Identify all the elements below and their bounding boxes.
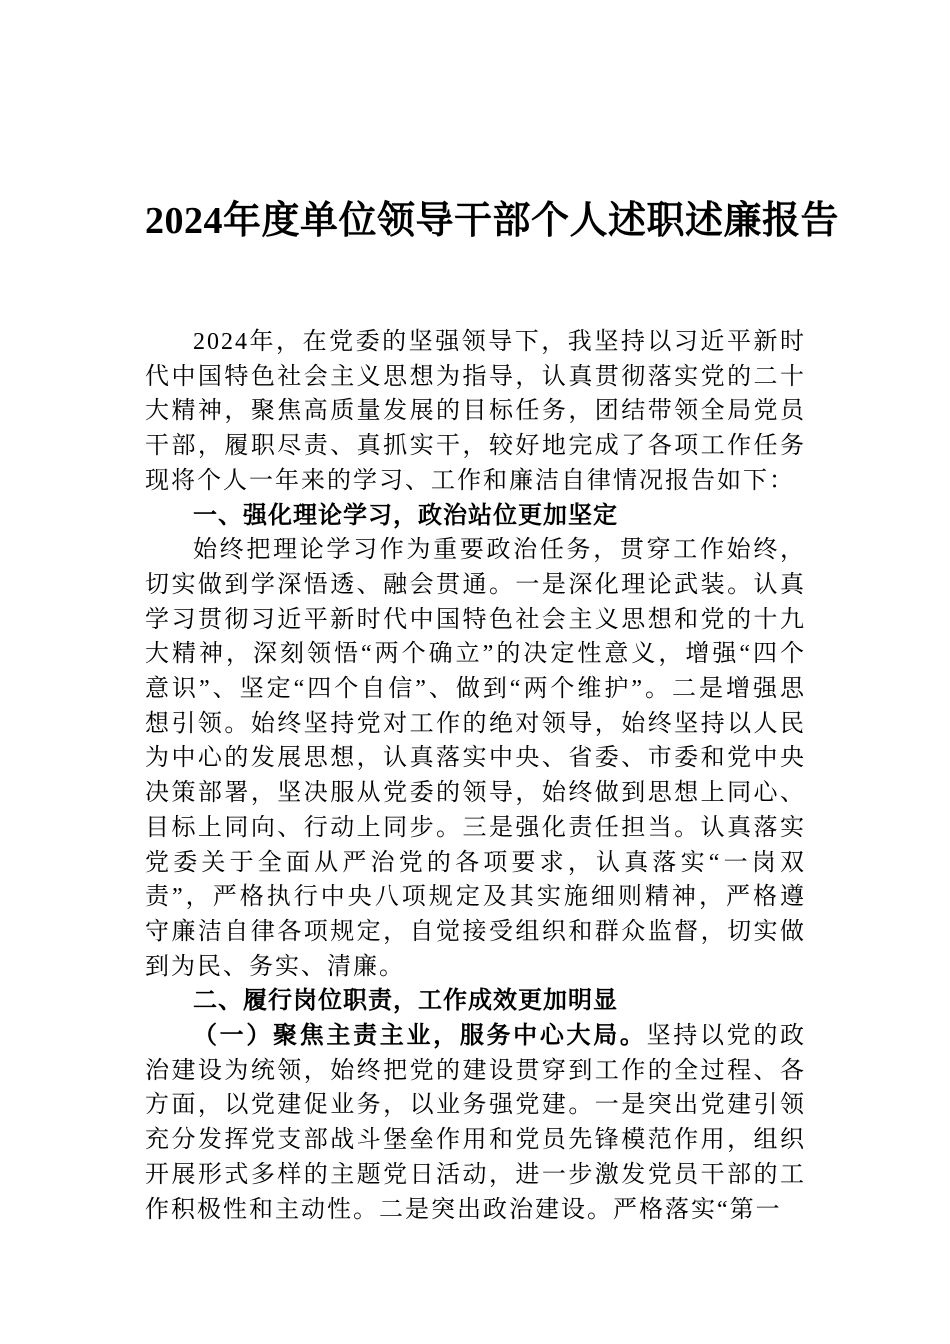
document-title: 2024年度单位领导干部个人述职述廉报告 xyxy=(145,197,806,245)
section-2-heading: 二、履行岗位职责，工作成效更加明显 xyxy=(145,984,806,1019)
document-body: 2024年，在党委的坚强领导下，我坚持以习近平新时代中国特色社会主义思想为指导，… xyxy=(145,325,806,1227)
intro-paragraph: 2024年，在党委的坚强领导下，我坚持以习近平新时代中国特色社会主义思想为指导，… xyxy=(145,325,806,499)
section-1-paragraph: 始终把理论学习作为重要政治任务，贯穿工作始终，切实做到学深悟透、融会贯通。一是深… xyxy=(145,533,806,984)
section-2-paragraph: （一）聚焦主责主业，服务中心大局。坚持以党的政治建设为统领，始终把党的建设贯穿到… xyxy=(145,1019,806,1227)
section-2-subheading: （一）聚焦主责主业，服务中心大局。 xyxy=(193,1023,647,1049)
section-2-paragraph-text: 坚持以党的政治建设为统领，始终把党的建设贯穿到工作的全过程、各方面，以党建促业务… xyxy=(145,1023,806,1223)
document-page: 2024年度单位领导干部个人述职述廉报告 2024年，在党委的坚强领导下，我坚持… xyxy=(0,0,950,1344)
section-1-heading: 一、强化理论学习，政治站位更加坚定 xyxy=(145,499,806,534)
